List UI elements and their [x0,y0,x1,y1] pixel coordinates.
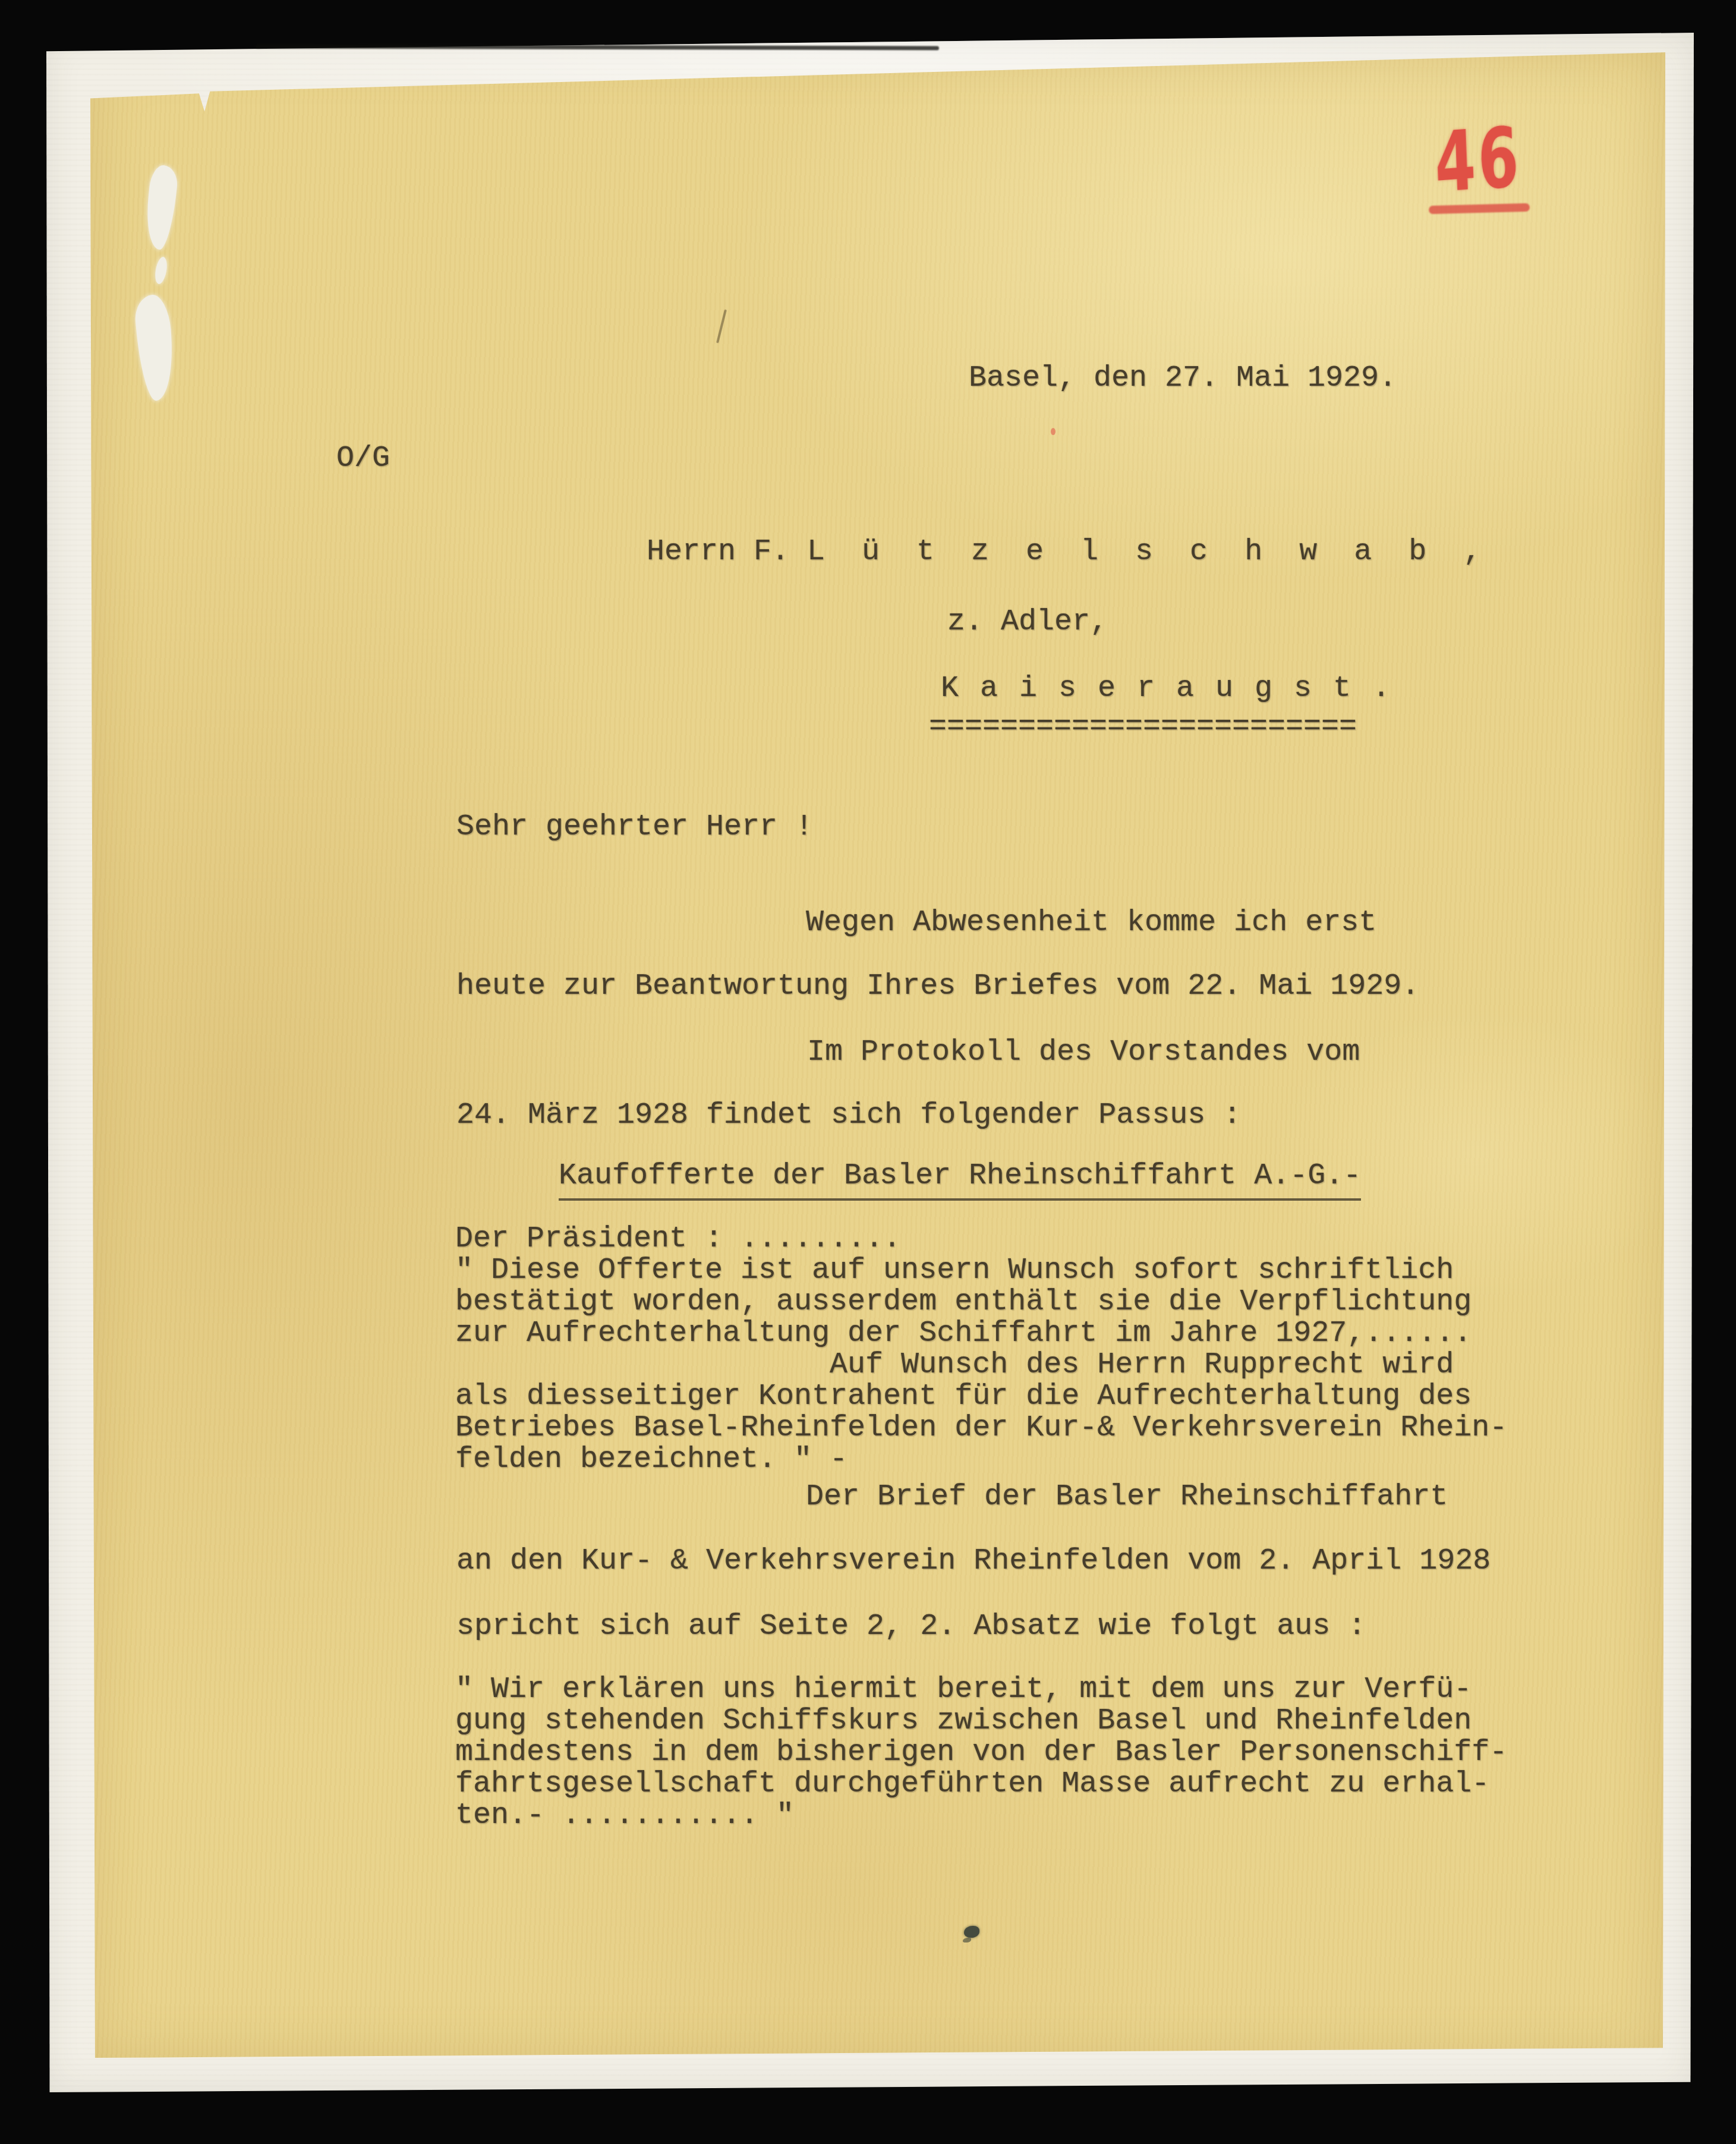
date-line: Basel, den 27. Mai 1929. [969,363,1397,394]
quote-line: felden bezeichnet. " - [455,1444,847,1475]
recipient-prefix: Herrn F. [647,535,807,569]
quote-line: " Wir erklären uns hiermit bereit, mit d… [455,1674,1472,1705]
red-speck-mark [1051,428,1056,435]
section-heading-text: Kaufofferte der Basler Rheinschiffahrt A… [559,1159,1361,1201]
quote-line: bestätigt worden, ausserdem enthält sie … [455,1286,1472,1318]
reference-initials: O/G [336,443,390,474]
letter-scan: 46 Basel, den 27. Mai 1929. O/G Herrn F.… [0,0,1736,2144]
body-line: Wegen Abwesenheit komme ich erst [806,907,1376,939]
body-line: spricht sich auf Seite 2, 2. Absatz wie … [456,1611,1366,1642]
recipient-underline-rule: ======================== [929,711,1357,742]
section-heading: Kaufofferte der Basler Rheinschiffahrt A… [559,1160,1361,1192]
body-line: Im Protokoll des Vorstandes vom [807,1037,1360,1068]
folio-number-annotation: 46 [1433,116,1523,206]
quote-line: mindestens in dem bisherigen von der Bas… [455,1737,1507,1768]
recipient-address-line: z. Adler, [947,606,1108,638]
body-line: 24. März 1928 findet sich folgender Pass… [456,1100,1241,1131]
quote-line: Betriebes Basel-Rheinfelden der Kur-& Ve… [455,1412,1507,1444]
salutation: Sehr geehrter Herr ! [456,811,813,843]
quote-line: Auf Wunsch des Herrn Rupprecht wird [455,1349,1454,1381]
recipient-surname: L ü t z e l s c h w a b , [807,535,1491,569]
recipient-city-line: K a i s e r a u g s t . [941,673,1392,704]
quote-line: ten.- ........... " [455,1800,794,1831]
quote-line: " Diese Offerte ist auf unsern Wunsch so… [455,1255,1454,1286]
quote-line: Der Präsident : ......... [455,1223,901,1255]
quote-line: fahrtsgesellschaft durchgeführten Masse … [455,1768,1489,1800]
quote-line: zur Aufrechterhaltung der Schiffahrt im … [455,1318,1472,1349]
recipient-name-line: Herrn F. L ü t z e l s c h w a b , [647,536,1491,568]
quote-line: als diesseitiger Kontrahent für die Aufr… [455,1381,1472,1412]
body-line: Der Brief der Basler Rheinschiffahrt [806,1481,1448,1513]
quote-line: gung stehenden Schiffskurs zwischen Base… [455,1705,1472,1737]
body-line: an den Kur- & Verkehrsverein Rheinfelden… [456,1545,1491,1577]
body-line: heute zur Beantwortung Ihres Briefes vom… [456,971,1419,1002]
